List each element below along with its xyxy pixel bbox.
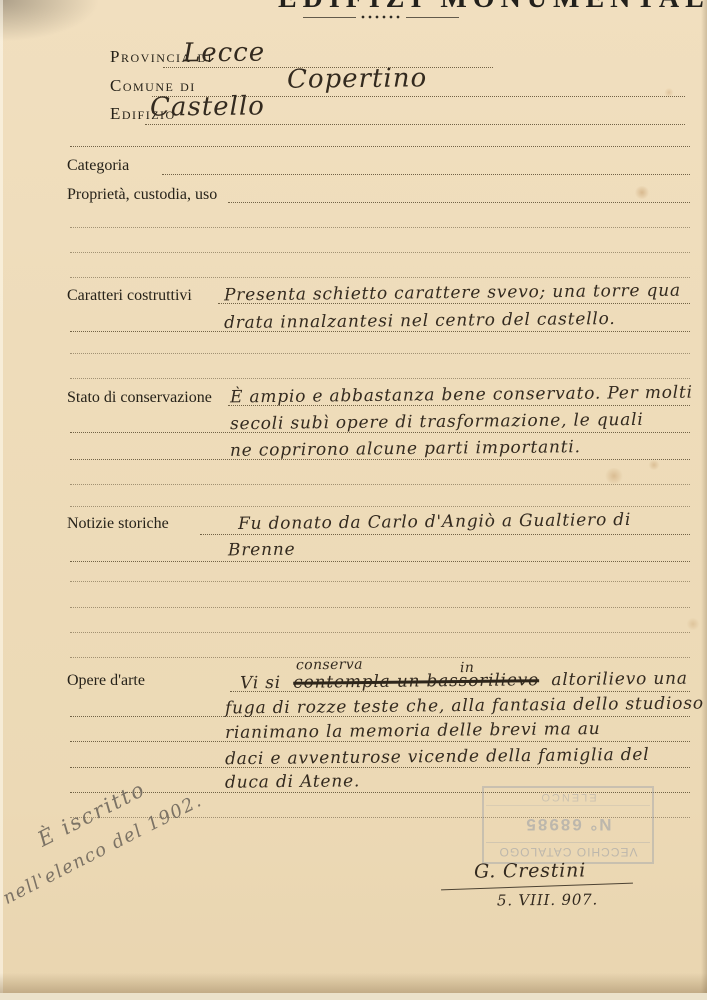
ruled-line — [145, 124, 685, 125]
ornament-divider — [303, 14, 459, 20]
handwritten-struck-text: contempla un bassorilievo — [293, 670, 539, 693]
stamp-line: VECCHIO CATALOGO — [486, 842, 650, 859]
ruled-line — [70, 632, 690, 633]
handwritten-line: È ampio e abbastanza bene conservato. Pe… — [230, 383, 693, 408]
ruled-line — [70, 353, 690, 354]
section-label-stato: Stato di conservazione — [67, 389, 212, 407]
field-value-comune: Copertino — [287, 63, 427, 94]
foxing-spot — [664, 88, 674, 97]
handwritten-line: fuga di rozze teste che, alla fantasia d… — [225, 693, 704, 718]
handwritten-line: ne coprirono alcune parti importanti. — [230, 437, 581, 461]
handwritten-prefix: Vi si — [240, 673, 281, 693]
archive-stamp: VECCHIO CATALOGO N° 68985 ELENCO — [482, 786, 654, 864]
scan-edge-bottom-shadow — [0, 973, 707, 993]
form-title: EDIFIZI MONUMENTALI — [278, 0, 670, 15]
ruled-line — [70, 146, 690, 147]
ruled-line — [70, 506, 690, 507]
stamp-number: N° 68985 — [486, 814, 650, 834]
section-label-proprieta: Proprietà, custodia, uso — [67, 186, 217, 204]
handwritten-line: Fu donato da Carlo d'Angiò a Gualtiero d… — [238, 510, 631, 534]
scan-corner-shadow — [0, 0, 100, 42]
section-label-categoria: Categoria — [67, 157, 129, 175]
ruled-line — [228, 202, 690, 203]
ruled-line — [70, 227, 690, 228]
ruled-line — [70, 561, 690, 562]
foxing-spot — [648, 460, 660, 470]
ruled-line — [70, 252, 690, 253]
handwritten-line: daci e avventurose vicende della famigli… — [225, 745, 650, 769]
stamp-line: ELENCO — [486, 791, 650, 806]
handwritten-line: drata innalzantesi nel centro del castel… — [224, 309, 616, 333]
ornament-dots — [360, 14, 402, 20]
handwritten-suffix: altorilievo una — [551, 669, 688, 690]
signature-flourish — [441, 883, 633, 891]
ruled-line — [70, 484, 690, 485]
scan-edge-left — [0, 0, 3, 1000]
handwritten-line: Presenta schietto carattere svevo; una t… — [224, 281, 681, 306]
scanned-form-page: EDIFIZI MONUMENTALI Provincia di Lecce C… — [0, 0, 707, 1000]
handwritten-line: secoli subì opere di trasformazione, le … — [230, 410, 644, 434]
ruled-line — [70, 277, 690, 278]
handwritten-insertion: conserva — [296, 657, 363, 674]
ruled-line — [70, 581, 690, 582]
handwritten-line: rianimano la memoria delle brevi ma au — [225, 719, 601, 743]
foxing-spot — [686, 618, 700, 630]
pencil-annotation: È iscritto nell'elenco del 1902. — [0, 729, 258, 909]
ruled-line — [70, 607, 690, 608]
foxing-spot — [604, 468, 624, 484]
handwritten-line: Brenne — [228, 540, 296, 561]
scan-edge-right — [701, 0, 707, 1000]
foxing-spot — [634, 186, 650, 199]
field-value-provincia: Lecce — [183, 38, 265, 69]
ruled-line — [200, 534, 690, 535]
signature-date: 5. VIII. 907. — [497, 890, 598, 909]
ornament-line-left — [303, 17, 356, 18]
section-label-opere: Opere d'arte — [67, 672, 145, 690]
scan-edge-bottom-strip — [0, 993, 707, 1000]
field-value-edifizio: Castello — [150, 91, 265, 122]
handwritten-line-corrected: Vi si contempla un bassorilievo altorili… — [240, 669, 688, 694]
ornament-line-right — [406, 17, 459, 18]
section-label-notizie: Notizie storiche — [67, 515, 169, 533]
ruled-line — [70, 378, 690, 379]
section-label-caratteri: Caratteri costruttivi — [67, 287, 192, 305]
signature: G. Crestini — [474, 859, 586, 882]
ruled-line — [70, 657, 690, 658]
ruled-line — [162, 174, 690, 175]
